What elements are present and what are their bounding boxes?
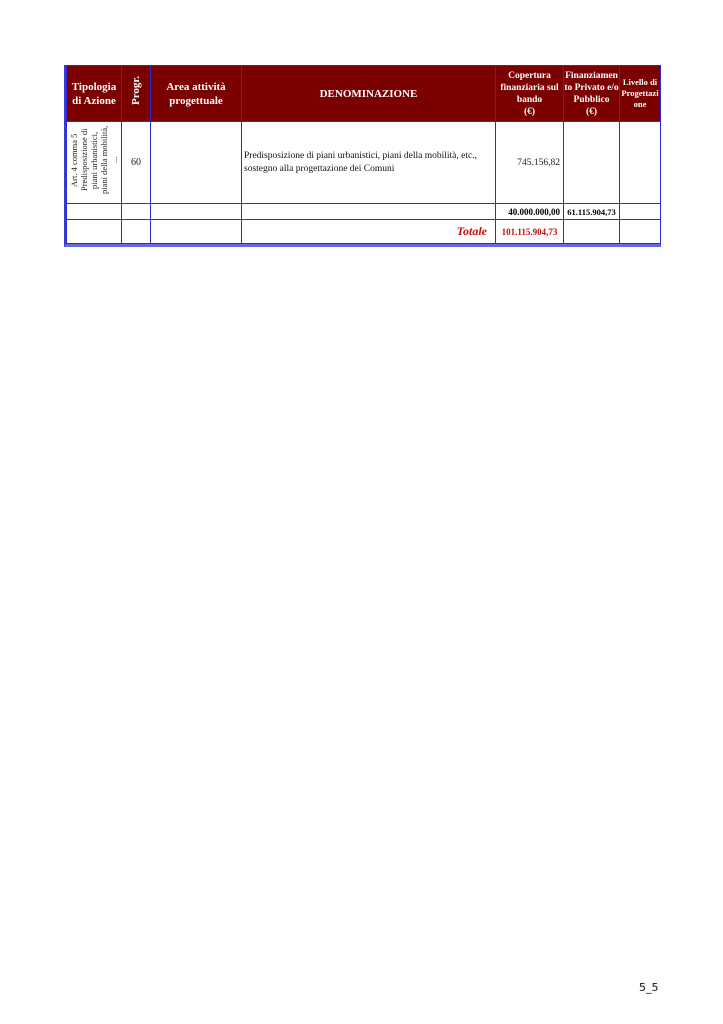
subtotal-empty-1	[67, 204, 122, 220]
header-livello: Livello di Progettazi one	[620, 66, 661, 122]
cell-area	[151, 122, 242, 204]
header-finanziamento-line3: Pubblico	[574, 95, 610, 105]
subtotal-empty-3	[151, 204, 242, 220]
header-copertura-line2: finanziaria sul	[500, 83, 558, 93]
header-livello-line3: one	[634, 99, 647, 109]
header-finanziamento-line4: (€)	[586, 107, 597, 117]
subtotal-empty-4	[242, 204, 496, 220]
subtotal-copertura: 40.000.000,00	[496, 204, 564, 220]
total-empty-2	[122, 220, 151, 244]
header-finanziamento-line1: Finanziamen	[565, 71, 618, 81]
total-value: 101.115.904,73	[496, 220, 564, 244]
total-row: Totale 101.115.904,73	[67, 220, 661, 244]
header-finanziamento: Finanziamen to Privato e/o Pubblico (€)	[564, 66, 620, 122]
cell-finanziamento	[564, 122, 620, 204]
table-row: Art. 4 comma 5 Predisposizione di piani …	[67, 122, 661, 204]
financing-table: Tipologia di Azione Progr. Area attività…	[66, 65, 661, 244]
header-copertura-line4: (€)	[524, 107, 535, 117]
header-livello-line2: Progettazi	[621, 88, 658, 98]
header-finanziamento-line2: to Privato e/o	[564, 83, 618, 93]
tipologia-text: Art. 4 comma 5 Predisposizione di piani …	[69, 122, 119, 198]
subtotal-empty-2	[122, 204, 151, 220]
header-tipologia: Tipologia di Azione	[67, 66, 122, 122]
cell-progr: 60	[122, 122, 151, 204]
cell-copertura: 745.156,82	[496, 122, 564, 204]
subtotal-row: 40.000.000,00 61.115.904,73	[67, 204, 661, 220]
subtotal-empty-5	[620, 204, 661, 220]
cell-tipologia: Art. 4 comma 5 Predisposizione di piani …	[67, 122, 122, 204]
page-number: 5_5	[639, 981, 659, 994]
subtotal-finanziamento: 61.115.904,73	[564, 204, 620, 220]
header-denominazione: DENOMINAZIONE	[242, 66, 496, 122]
header-livello-line1: Livello di	[623, 77, 657, 87]
header-copertura-line3: bando	[517, 95, 542, 105]
total-empty-3	[151, 220, 242, 244]
header-copertura-line1: Copertura	[508, 71, 551, 81]
cell-denominazione: Predisposizione di piani urbanistici, pi…	[242, 122, 496, 204]
total-empty-1	[67, 220, 122, 244]
cell-livello	[620, 122, 661, 204]
financing-table-container: Tipologia di Azione Progr. Area attività…	[64, 65, 661, 247]
header-progr-label: Progr.	[130, 76, 142, 105]
total-empty-4	[564, 220, 620, 244]
header-progr: Progr.	[122, 66, 151, 122]
header-copertura: Copertura finanziaria sul bando (€)	[496, 66, 564, 122]
table-header-row: Tipologia di Azione Progr. Area attività…	[67, 66, 661, 122]
total-label: Totale	[242, 220, 496, 244]
header-area: Area attività progettuale	[151, 66, 242, 122]
total-empty-5	[620, 220, 661, 244]
